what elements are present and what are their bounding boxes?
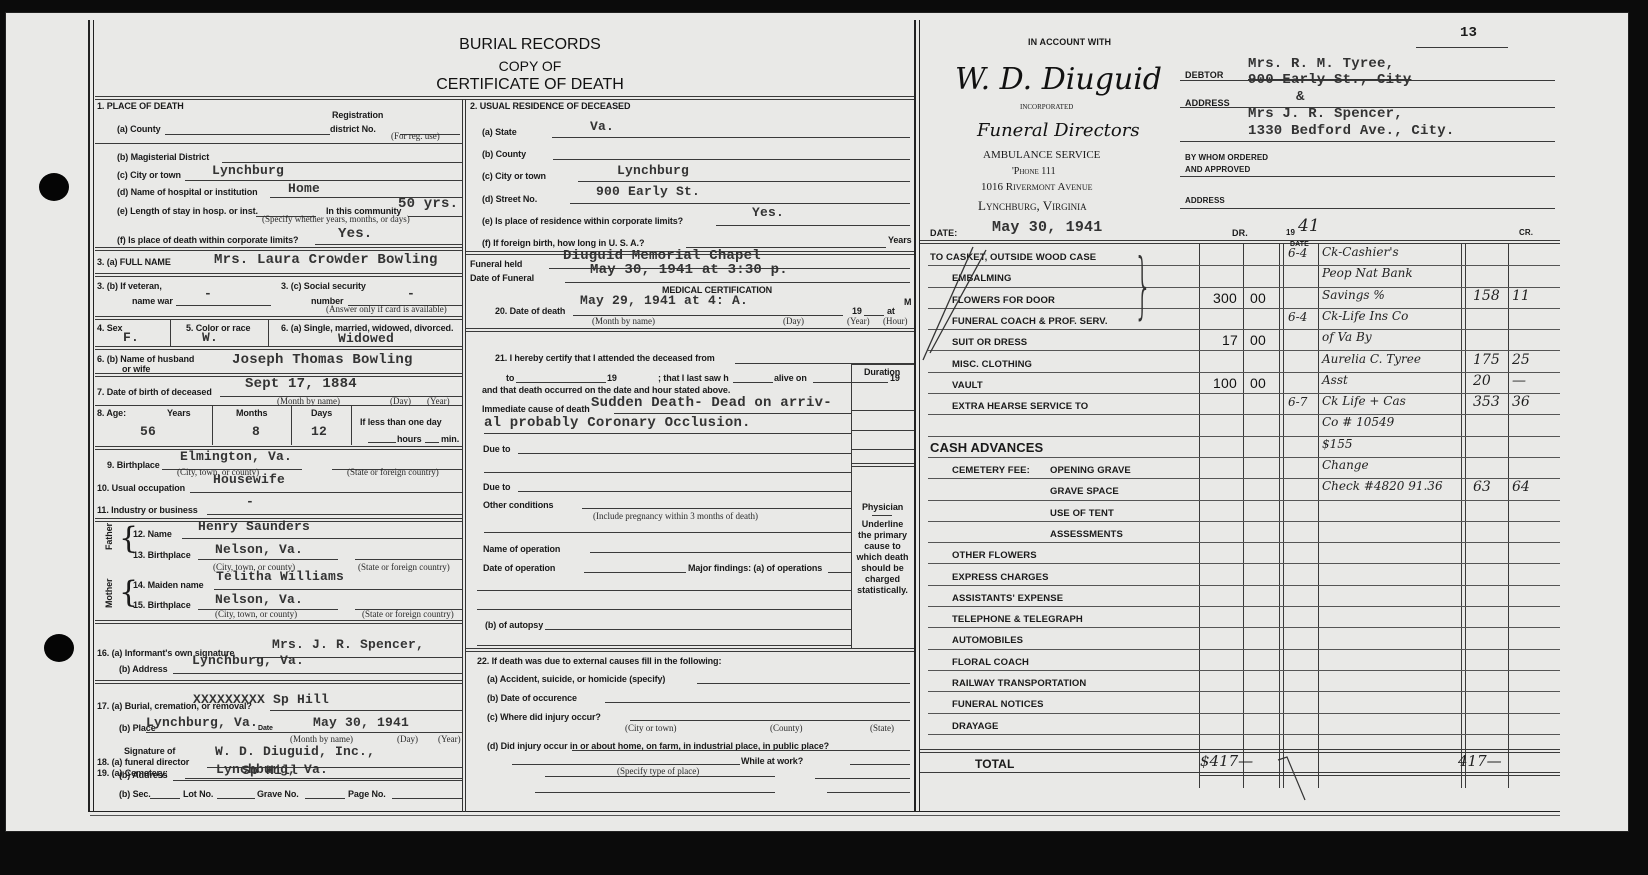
ledger-memo: Asst bbox=[1322, 373, 1348, 387]
ledger-item-label: DRAYAGE bbox=[952, 721, 998, 732]
mother-name-value: Telitha Williams bbox=[216, 569, 344, 584]
ledger-credit-dollars: 20 bbox=[1473, 373, 1491, 389]
ledger-row: Co # 10549 bbox=[920, 416, 1560, 437]
debtor-line-4: Mrs J. R. Spencer, bbox=[1248, 106, 1403, 122]
ledger-credit-cents: — bbox=[1512, 373, 1526, 389]
ledger-row: TELEPHONE & TELEGRAPH bbox=[920, 608, 1560, 629]
ledger-row: CASH ADVANCES$155 bbox=[920, 438, 1560, 459]
in-account-with: IN ACCOUNT WITH bbox=[1028, 37, 1111, 47]
ledger-item-label: RAILWAY TRANSPORTATION bbox=[952, 678, 1086, 689]
cemetery-value: Sp Hill bbox=[242, 763, 298, 778]
ledger-credit-dollars: 175 bbox=[1473, 352, 1500, 368]
full-name-label: 3. (a) FULL NAME bbox=[97, 257, 171, 267]
company-name: W. D. Diuguid bbox=[955, 62, 1162, 97]
duration-label: Duration bbox=[864, 367, 900, 377]
informant-address-value: Lynchburg, Va. bbox=[192, 653, 304, 668]
death-corporate-value: Yes. bbox=[338, 226, 372, 242]
ledger-item-sublabel: GRAVE SPACE bbox=[1050, 486, 1119, 497]
age-months-value: 8 bbox=[252, 424, 260, 439]
date-label: DATE: bbox=[930, 228, 957, 238]
death-date-value: May 29, 1941 at 4: A. bbox=[580, 293, 748, 308]
industry-label: 11. Industry or business bbox=[97, 505, 198, 515]
debtor-line-2: 900 Early St., City bbox=[1248, 72, 1411, 88]
ledger-row: GRAVE SPACECheck #4820 91.366364 bbox=[920, 480, 1560, 501]
ledger-item-label: ASSISTANTS' EXPENSE bbox=[952, 593, 1063, 604]
corporate-label: (f) Is place of death within corporate l… bbox=[117, 235, 298, 245]
physician-note: Underline the primary cause to which dea… bbox=[851, 519, 914, 596]
ledger-memo: of Va By bbox=[1322, 330, 1372, 344]
mother-birthplace-value: Nelson, Va. bbox=[215, 592, 303, 607]
district-label: district No. bbox=[330, 124, 376, 134]
marital-value: Widowed bbox=[338, 331, 394, 346]
birthplace-label: 9. Birthplace bbox=[107, 460, 160, 470]
ledger-memo: Ck Life + Cas bbox=[1322, 394, 1406, 408]
ledger-debit-cents: 00 bbox=[1250, 290, 1266, 306]
father-birthplace-value: Nelson, Va. bbox=[215, 542, 303, 557]
burial-value: XXXXXXXXX Sp Hill bbox=[193, 692, 329, 707]
ledger-debit-cents: 00 bbox=[1250, 375, 1266, 391]
father-name-value: Henry Saunders bbox=[198, 519, 310, 534]
ledger-item-label: CEMETERY FEE: bbox=[952, 465, 1030, 476]
birthplace-value: Elmington, Va. bbox=[180, 449, 292, 464]
ledger-date: 6-7 bbox=[1288, 395, 1307, 409]
page-number: 13 bbox=[1460, 25, 1477, 41]
ledger-row: MISC. CLOTHINGAurelia C. Tyree17525 bbox=[920, 353, 1560, 374]
ledger-credit-cents: 36 bbox=[1512, 394, 1530, 410]
ledger-item-label: FUNERAL NOTICES bbox=[952, 699, 1044, 710]
funeral-date-value: May 30, 1941 at 3:30 p. bbox=[590, 262, 788, 278]
section-divider-2 bbox=[465, 99, 466, 812]
ledger-credit-cents: 25 bbox=[1512, 352, 1530, 368]
ledger-memo: Savings % bbox=[1322, 288, 1385, 302]
community-value: 50 yrs. bbox=[398, 196, 458, 212]
ledger-row: TO CASKET, OUTSIDE WOOD CASE6-4Ck-Cashie… bbox=[920, 246, 1560, 267]
ledger-debit-dollars: 100 bbox=[1213, 375, 1237, 391]
residence-street-value: 900 Early St. bbox=[596, 184, 700, 199]
ledger-item-label: EXTRA HEARSE SERVICE TO bbox=[952, 401, 1088, 412]
incorporated-label: INCORPORATED bbox=[1020, 103, 1073, 111]
ledger-row: EXPRESS CHARGES bbox=[920, 566, 1560, 587]
informant-value: Mrs. J. R. Spencer, bbox=[272, 637, 424, 652]
ledger-item-label: EXPRESS CHARGES bbox=[952, 572, 1049, 583]
spouse-label: 6. (b) Name of husband bbox=[97, 354, 194, 364]
total-debit: $417— bbox=[1200, 752, 1253, 770]
social-security-value: - bbox=[407, 286, 415, 301]
ledger-row: FUNERAL NOTICES bbox=[920, 693, 1560, 714]
ledger-item-sublabel: USE OF TENT bbox=[1050, 508, 1114, 519]
ledger-item-label: FLORAL COACH bbox=[952, 657, 1029, 668]
race-label: 5. Color or race bbox=[186, 323, 250, 333]
left-border bbox=[88, 20, 90, 812]
ledger-item-sublabel: ASSESSMENTS bbox=[1050, 529, 1123, 540]
ledger-item-label: OTHER FLOWERS bbox=[952, 550, 1037, 561]
ledger-memo: Change bbox=[1322, 458, 1369, 472]
ledger-item-label: TELEPHONE & TELEGRAPH bbox=[952, 614, 1083, 625]
center-divider bbox=[914, 20, 916, 812]
residence-city-value: Lynchburg bbox=[617, 163, 689, 178]
ledger-date: 6-4 bbox=[1288, 246, 1307, 260]
ledger-credit-dollars: 63 bbox=[1473, 479, 1491, 495]
age-label: 8. Age: bbox=[97, 408, 126, 418]
ledger-memo: Aurelia C. Tyree bbox=[1322, 352, 1421, 366]
funeral-director-label: 18. (a) funeral director bbox=[97, 757, 189, 767]
industry-value: - bbox=[246, 494, 254, 509]
account-year: 41 bbox=[1298, 216, 1320, 236]
sex-label: 4. Sex bbox=[97, 323, 122, 333]
race-value: W. bbox=[202, 330, 218, 345]
cemetery-label-visible: 19. (a) Cemetery: bbox=[97, 768, 168, 778]
ss-note: (Answer only if card is available) bbox=[326, 304, 447, 314]
registration-label: Registration bbox=[332, 110, 383, 120]
father-side-label: Father bbox=[104, 523, 114, 550]
birth-date-value: Sept 17, 1884 bbox=[245, 376, 357, 392]
pen-strike-lines bbox=[918, 245, 988, 365]
ledger-memo: $155 bbox=[1322, 437, 1353, 451]
certificate-title: CERTIFICATE OF DEATH bbox=[330, 76, 730, 94]
left-border-inner bbox=[93, 20, 94, 812]
ledger-item-label: AUTOMOBILES bbox=[952, 635, 1023, 646]
bottom-border-2 bbox=[90, 815, 1560, 816]
social-security-label: 3. (c) Social security bbox=[281, 281, 366, 291]
hospital-value: Home bbox=[288, 181, 320, 196]
punch-hole-bottom bbox=[44, 634, 74, 662]
ledger-memo: Peop Nat Bank bbox=[1322, 266, 1413, 280]
place-of-death-heading: 1. PLACE OF DEATH bbox=[97, 101, 184, 111]
mother-side-label: Mother bbox=[104, 579, 114, 608]
cause-of-death-line2: al probably Coronary Occlusion. bbox=[484, 415, 751, 431]
ledger-memo: Check #4820 91.36 bbox=[1322, 479, 1443, 493]
phone-number: 'Phone 111 bbox=[1012, 166, 1056, 177]
ledger-row: FLOWERS FOR DOOR30000Savings %15811 bbox=[920, 289, 1560, 310]
ledger-row: FLORAL COACH bbox=[920, 651, 1560, 672]
hospital-label: (d) Name of hospital or institution bbox=[117, 187, 258, 197]
section-divider bbox=[462, 99, 463, 812]
copy-of-title: COPY OF bbox=[380, 58, 680, 74]
ledger-row: SUIT OR DRESS1700of Va By bbox=[920, 331, 1560, 352]
total-credit: 417— bbox=[1458, 752, 1502, 770]
ledger-row: EMBALMINGPeop Nat Bank bbox=[920, 267, 1560, 288]
stay-note: (Specify whether years, months, or days) bbox=[262, 214, 410, 224]
company-city: Lynchburg, Virginia bbox=[978, 198, 1087, 214]
funeral-directors-label: Funeral Directors bbox=[977, 120, 1140, 141]
age-years-value: 56 bbox=[140, 424, 156, 439]
ledger-credit-dollars: 158 bbox=[1473, 288, 1500, 304]
city-label: (c) City or town bbox=[117, 170, 181, 180]
debtor-line-5: 1330 Bedford Ave., City. bbox=[1248, 123, 1454, 139]
ledger-item-sublabel: OPENING GRAVE bbox=[1050, 465, 1131, 476]
cause-of-death-line1: Sudden Death- Dead on arriv- bbox=[591, 395, 832, 411]
veteran-value: - bbox=[204, 286, 212, 301]
ledger-row: ASSISTANTS' EXPENSE bbox=[920, 587, 1560, 608]
ledger-memo: Ck-Life Ins Co bbox=[1322, 309, 1408, 323]
residence-state-value: Va. bbox=[590, 119, 614, 134]
county-label: (a) County bbox=[117, 124, 161, 134]
ledger-row: RAILWAY TRANSPORTATION bbox=[920, 672, 1560, 693]
items-brace: } bbox=[1134, 245, 1152, 325]
ledger-debit-dollars: 300 bbox=[1213, 290, 1237, 306]
residence-heading: 2. USUAL RESIDENCE OF DECEASED bbox=[470, 101, 630, 111]
ledger-row: ASSESSMENTS bbox=[920, 523, 1560, 544]
ledger-credit-cents: 64 bbox=[1512, 479, 1530, 495]
burial-records-title: BURIAL RECORDS bbox=[380, 36, 680, 54]
occupation-label: 10. Usual occupation bbox=[97, 483, 185, 493]
residence-corporate-value: Yes. bbox=[752, 205, 784, 220]
ledger-item-label: CASH ADVANCES bbox=[930, 440, 1043, 455]
ledger-row: CEMETERY FEE:OPENING GRAVEChange bbox=[920, 459, 1560, 480]
ledger-row: OTHER FLOWERS bbox=[920, 544, 1560, 565]
external-causes-heading: 22. If death was due to external causes … bbox=[477, 656, 721, 666]
sex-value: F. bbox=[123, 330, 139, 345]
company-address: 1016 Rivermont Avenue bbox=[981, 181, 1093, 193]
death-city-value: Lynchburg bbox=[212, 163, 284, 178]
ledger-item-label: VAULT bbox=[952, 380, 983, 391]
funeral-director-value: W. D. Diuguid, Inc., bbox=[215, 744, 375, 759]
physician-label: Physician bbox=[862, 502, 903, 512]
ledger-debit-cents: 00 bbox=[1250, 332, 1266, 348]
punch-hole-top bbox=[39, 173, 69, 201]
ledger-row: USE OF TENT bbox=[920, 502, 1560, 523]
total-label: TOTAL bbox=[975, 757, 1014, 771]
ledger-credit-dollars: 353 bbox=[1473, 394, 1500, 410]
birth-date-label: 7. Date of birth of deceased bbox=[97, 387, 212, 397]
occupation-value: Housewife bbox=[213, 472, 285, 487]
veteran-label: 3. (b) If veteran, bbox=[97, 281, 162, 291]
ledger-row: AUTOMOBILES bbox=[920, 629, 1560, 650]
ledger-debit-dollars: 17 bbox=[1222, 332, 1238, 348]
total-pen-mark bbox=[1275, 755, 1315, 805]
name-war-label: name war bbox=[132, 296, 173, 306]
stay-label: (e) Length of stay in hosp. or inst. bbox=[117, 206, 258, 216]
debtor-line-3: & bbox=[1296, 89, 1305, 105]
ledger-row: DRAYAGE bbox=[920, 715, 1560, 736]
full-name-value: Mrs. Laura Crowder Bowling bbox=[214, 252, 438, 268]
spouse-value: Joseph Thomas Bowling bbox=[232, 352, 413, 368]
ledger-date: 6-4 bbox=[1288, 310, 1307, 324]
burial-date-value: May 30, 1941 bbox=[313, 715, 409, 730]
ambulance-service: AMBULANCE SERVICE bbox=[983, 149, 1100, 161]
ledger-credit-cents: 11 bbox=[1512, 288, 1530, 304]
magisterial-label: (b) Magisterial District bbox=[117, 152, 209, 162]
duration-column-border bbox=[851, 363, 852, 648]
ledger-row: EXTRA HEARSE SERVICE TO6-7Ck Life + Cas3… bbox=[920, 395, 1560, 416]
burial-place-value: Lynchburg, Va. bbox=[146, 715, 258, 730]
reg-use-note: (For reg. use) bbox=[391, 131, 440, 141]
ledger-memo: Co # 10549 bbox=[1322, 415, 1394, 429]
ledger-memo: Ck-Cashier's bbox=[1322, 245, 1399, 259]
ledger-row: VAULT10000Asst20— bbox=[920, 374, 1560, 395]
debtor-line-1: Mrs. R. M. Tyree, bbox=[1248, 56, 1394, 72]
ledger-row: FUNERAL COACH & PROF. SERV.6-4Ck-Life In… bbox=[920, 310, 1560, 331]
bottom-border bbox=[90, 811, 1560, 812]
age-days-value: 12 bbox=[311, 424, 327, 439]
account-date-value: May 30, 1941 bbox=[992, 219, 1102, 236]
header-rule bbox=[95, 96, 914, 97]
